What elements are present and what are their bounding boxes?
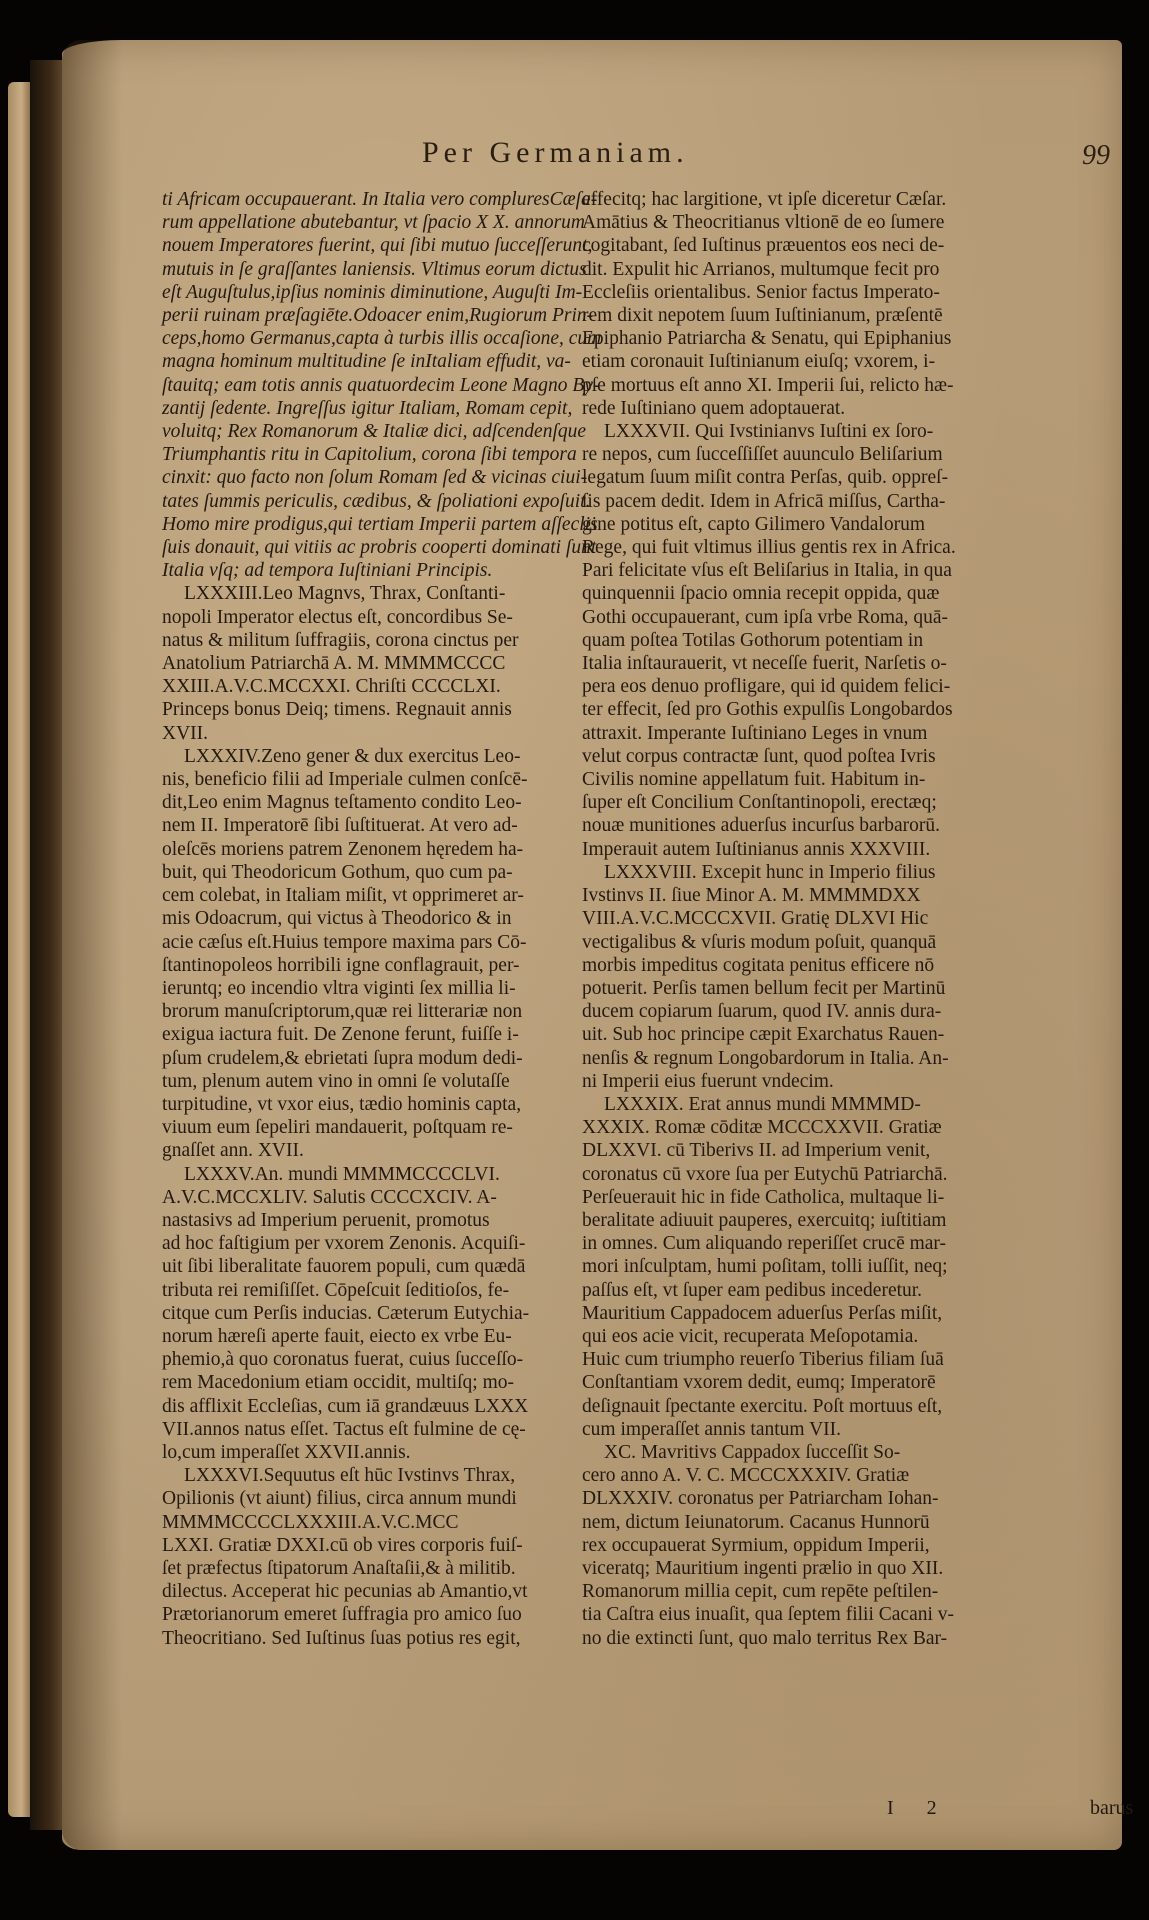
- text-line: DLXXVI. cū Tiberivs II. ad Imperium veni…: [582, 1139, 1087, 1162]
- text-line: pſe mortuus eſt anno XI. Imperii ſui, re…: [582, 374, 1087, 397]
- text-line: nouem Imperatores fuerint, qui ſibi mutu…: [162, 234, 592, 257]
- text-line: velut corpus contractæ ſunt, quod poſtea…: [582, 745, 1087, 768]
- text-line: brorum manuſcriptorum,quæ rei litterariæ…: [162, 1000, 592, 1023]
- book-page: Per Germaniam. 99 ti Africam occupaueran…: [62, 40, 1122, 1850]
- text-line: ſtauitq; eam totis annis quatuordecim Le…: [162, 374, 592, 397]
- text-line: cum imperaſſet annis tantum VII.: [582, 1418, 1087, 1441]
- running-head: Per Germaniam.: [422, 136, 689, 170]
- text-line: XXXIX. Romæ cōditæ MCCCXXVII. Gratiæ: [582, 1116, 1087, 1139]
- text-line: potuerit. Perſis tamen bellum fecit per …: [582, 977, 1087, 1000]
- text-line: dis afflixit Eccleſias, cum iā grandæuus…: [162, 1395, 592, 1418]
- text-line: quam poſtea Totilas Gothorum potentiam i…: [582, 629, 1087, 652]
- text-line: mori inſculptam, humi poſitam, tolli iuſ…: [582, 1255, 1087, 1278]
- text-line: XVII.: [162, 722, 592, 745]
- text-line: A.V.C.MCCXLIV. Salutis CCCCXCIV. A-: [162, 1186, 592, 1209]
- text-line: Perſeuerauit hic in fide Catholica, mult…: [582, 1186, 1087, 1209]
- text-line: ieruntq; eo incendio vltra viginti ſex m…: [162, 977, 592, 1000]
- text-line: attraxit. Imperante Iuſtiniano Leges in …: [582, 722, 1087, 745]
- text-line: buit, qui Theodoricum Gothum, quo cum pa…: [162, 861, 592, 884]
- catchword: barus: [1090, 1797, 1133, 1820]
- text-line: Opilionis (vt aiunt) filius, circa annum…: [162, 1487, 592, 1510]
- text-line: mutuis in ſe graſſantes laniensis. Vltim…: [162, 258, 592, 281]
- text-line: LXXXVIII. Excepit hunc in Imperio filius: [582, 861, 1087, 884]
- text-line: nastasivs ad Imperium peruenit, promotus: [162, 1209, 592, 1232]
- text-line: Anatolium Patriarchā A. M. MMMMCCCC: [162, 652, 592, 675]
- text-line: uit. Sub hoc principe cæpit Exarchatus R…: [582, 1023, 1087, 1046]
- text-line: rex occupauerat Syrmium, oppidum Imperii…: [582, 1534, 1087, 1557]
- text-line: VIII.A.V.C.MCCCXVII. Gratię DLXVI Hic: [582, 907, 1087, 930]
- text-line: viceratq; Mauritium ingenti prælio in qu…: [582, 1557, 1087, 1580]
- text-line: rem Macedonium etiam occidit, multiſq; m…: [162, 1371, 592, 1394]
- text-line: LXXXIII.Leo Magnvs, Thrax, Conſtanti-: [162, 582, 592, 605]
- text-line: magna hominum multitudine ſe inItaliam e…: [162, 350, 592, 373]
- text-line: LXXXIX. Erat annus mundi MMMMD-: [582, 1093, 1087, 1116]
- text-line: ceps,homo Germanus,capta à turbis illis …: [162, 327, 592, 350]
- text-line: norum hæreſi aperte fauit, eiecto ex vrb…: [162, 1325, 592, 1348]
- text-line: ducem copiarum ſuarum, quod IV. annis du…: [582, 1000, 1087, 1023]
- text-line: Imperauit autem Iuſtinianus annis XXXVII…: [582, 838, 1087, 861]
- page-number: 99: [1082, 140, 1110, 172]
- text-line: no die extincti ſunt, quo malo territus …: [582, 1627, 1087, 1650]
- text-line: LXXI. Gratiæ DXXI.cū ob vires corporis f…: [162, 1534, 592, 1557]
- text-line: qui eos acie vicit, recuperata Meſopotam…: [582, 1325, 1087, 1348]
- text-line: LXXXIV.Zeno gener & dux exercitus Leo-: [162, 745, 592, 768]
- text-line: dit. Expulit hic Arrianos, multumque fec…: [582, 258, 1087, 281]
- text-line: nenſis & regnum Longobardorum in Italia.…: [582, 1047, 1087, 1070]
- text-line: deſignauit ſpectante exercitu. Poſt mort…: [582, 1395, 1087, 1418]
- text-line: perii ruinam præſagiēte.Odoacer enim,Rug…: [162, 304, 592, 327]
- text-line: Homo mire prodigus,qui tertiam Imperii p…: [162, 513, 592, 536]
- text-line: citque cum Perſis inducias. Cæterum Euty…: [162, 1302, 592, 1325]
- text-line: zantij ſedente. Ingreſſus igitur Italiam…: [162, 397, 592, 420]
- text-line: ni Imperii eius fuerunt vndecim.: [582, 1070, 1087, 1093]
- left-column: ti Africam occupauerant. In Italia vero …: [162, 188, 592, 1650]
- text-line: Pari felicitate vſus eſt Beliſarius in I…: [582, 559, 1087, 582]
- text-line: Amātius & Theocritianus vltionē de eo ſu…: [582, 211, 1087, 234]
- text-line: rem dixit nepotem ſuum Iuſtinianum, præſ…: [582, 304, 1087, 327]
- text-line: eſt Auguſtulus,ipſius nominis diminution…: [162, 281, 592, 304]
- text-line: mis Odoacrum, qui victus à Theodorico & …: [162, 907, 592, 930]
- text-line: ſtantinopoleos horribili igne conflagrau…: [162, 954, 592, 977]
- text-line: legatum ſuum miſit contra Perſas, quib. …: [582, 466, 1087, 489]
- text-line: Huic cum triumpho reuerſo Tiberius filia…: [582, 1348, 1087, 1371]
- text-line: exigua iactura fuit. De Zenone ferunt, f…: [162, 1023, 592, 1046]
- text-line: re nepos, cum ſucceſſiſſet auunculo Beli…: [582, 443, 1087, 466]
- text-line: ter effecit, ſed pro Gothis expulſis Lon…: [582, 698, 1087, 721]
- text-line: nem, dictum Ieiunatorum. Cacanus Hunnorū: [582, 1511, 1087, 1534]
- text-line: acie cæſus eſt.Huius tempore maxima pars…: [162, 931, 592, 954]
- text-line: tum, plenum autem vino in omni ſe voluta…: [162, 1070, 592, 1093]
- text-line: tates ſummis periculis, cædibus, & ſpoli…: [162, 490, 592, 513]
- text-line: gnaſſet ann. XVII.: [162, 1139, 592, 1162]
- text-line: tributa rei remiſiſſet. Cōpeſcuit ſediti…: [162, 1279, 592, 1302]
- text-line: phemio,à quo coronatus fuerat, cuius ſuc…: [162, 1348, 592, 1371]
- text-line: in omnes. Cum aliquando reperiſſet crucē…: [582, 1232, 1087, 1255]
- text-line: LXXXVI.Sequutus eſt hūc Ivstinvs Thrax,: [162, 1464, 592, 1487]
- text-line: Princeps bonus Deiq; timens. Regnauit an…: [162, 698, 592, 721]
- text-line: Eccleſiis orientalibus. Senior factus Im…: [582, 281, 1087, 304]
- text-line: Italia inſtaurauerit, vt neceſſe fuerit,…: [582, 652, 1087, 675]
- text-line: paſſus eſt, vt ſuper eam pedibus inceder…: [582, 1279, 1087, 1302]
- text-line: cero anno A. V. C. MCCCXXXIV. Gratiæ: [582, 1464, 1087, 1487]
- text-line: dit,Leo enim Magnus teſtamento condito L…: [162, 791, 592, 814]
- text-line: nem II. Imperatorē ſibi ſuſtituerat. At …: [162, 814, 592, 837]
- facing-page-edge: [8, 82, 30, 1817]
- text-line: viuum eum ſepeliri mandauerit, poſtquam …: [162, 1116, 592, 1139]
- text-line: Ivstinvs II. ſiue Minor A. M. MMMMDXX: [582, 884, 1087, 907]
- text-line: cem colebat, in Italiam miſit, vt opprim…: [162, 884, 592, 907]
- text-line: Italia vſq; ad tempora Iuſtiniani Princi…: [162, 559, 592, 582]
- right-column: effecitq; hac largitione, vt ipſe dicere…: [582, 188, 1087, 1650]
- text-line: voluitq; Rex Romanorum & Italiæ dici, ad…: [162, 420, 592, 443]
- text-line: dilectus. Acceperat hic pecunias ab Aman…: [162, 1580, 592, 1603]
- text-line: coronatus cū vxore ſua per Eutychū Patri…: [582, 1163, 1087, 1186]
- text-line: VII.annos natus eſſet. Tactus eſt fulmin…: [162, 1418, 592, 1441]
- text-line: pſum crudelem,& ebrietati ſupra modum de…: [162, 1047, 592, 1070]
- text-line: Triumphantis ritu in Capitolium, corona …: [162, 443, 592, 466]
- text-line: XXIII.A.V.C.MCCXXI. Chriſti CCCCLXI.: [162, 675, 592, 698]
- text-line: etiam coronauit Iuſtinianum eiuſq; vxore…: [582, 350, 1087, 373]
- text-line: rede Iuſtiniano quem adoptauerat.: [582, 397, 1087, 420]
- text-line: nopoli Imperator electus eſt, concordibu…: [162, 606, 592, 629]
- text-line: cogitabant, ſed Iuſtinus præuentos eos n…: [582, 234, 1087, 257]
- text-line: XC. Mavritivs Cappadox ſucceſſit So-: [582, 1441, 1087, 1464]
- text-line: Civilis nomine appellatum fuit. Habitum …: [582, 768, 1087, 791]
- text-line: vectigalibus & vſuris modum poſuit, quan…: [582, 931, 1087, 954]
- text-line: Theocritiano. Sed Iuſtinus ſuas potius r…: [162, 1627, 592, 1650]
- text-line: rum appellatione abutebantur, vt ſpacio …: [162, 211, 592, 234]
- text-line: tia Caſtra eius inuaſit, qua ſeptem fili…: [582, 1603, 1087, 1626]
- text-line: Gothi occupauerant, cum ipſa vrbe Roma, …: [582, 606, 1087, 629]
- text-line: MMMMCCCCLXXXIII.A.V.C.MCC: [162, 1511, 592, 1534]
- text-line: oleſcēs moriens patrem Zenonem hęredem h…: [162, 838, 592, 861]
- text-line: turpitudine, vt vxor eius, tædio hominis…: [162, 1093, 592, 1116]
- text-line: Prætorianorum emeret ſuffragia pro amico…: [162, 1603, 592, 1626]
- text-line: natus & militum ſuffragiis, corona cinct…: [162, 629, 592, 652]
- text-line: Romanorum millia cepit, cum repēte peſti…: [582, 1580, 1087, 1603]
- text-line: uit ſibi liberalitate fauorem populi, cu…: [162, 1255, 592, 1278]
- text-line: Rege, qui fuit vltimus illius gentis rex…: [582, 536, 1087, 559]
- text-line: effecitq; hac largitione, vt ipſe dicere…: [582, 188, 1087, 211]
- text-line: LXXXVII. Qui Ivstinianvs Iuſtini ex ſoro…: [582, 420, 1087, 443]
- text-line: Mauritium Cappadocem aduerſus Perſas miſ…: [582, 1302, 1087, 1325]
- text-line: ti Africam occupauerant. In Italia vero …: [162, 188, 592, 211]
- text-line: ſet præfectus ſtipatorum Anaſtaſii,& à m…: [162, 1557, 592, 1580]
- text-line: nouæ munitiones aduerſus incurſus barbar…: [582, 814, 1087, 837]
- text-line: ad hoc faſtigium per vxorem Zenonis. Acq…: [162, 1232, 592, 1255]
- text-line: quinquennii ſpacio omnia recepit oppida,…: [582, 582, 1087, 605]
- left-italic-passage: ti Africam occupauerant. In Italia vero …: [162, 188, 592, 582]
- left-roman-passage: LXXXIII.Leo Magnvs, Thrax, Conſtanti-nop…: [162, 582, 592, 1649]
- text-line: pera eos denuo profligare, qui id quidem…: [582, 675, 1087, 698]
- text-line: cinxit: quo facto non ſolum Romam ſed & …: [162, 466, 592, 489]
- text-line: ſis pacem dedit. Idem in Africā miſſus, …: [582, 490, 1087, 513]
- signature-mark: I 2: [887, 1797, 951, 1820]
- text-line: LXXXV.An. mundi MMMMCCCCLVI.: [162, 1163, 592, 1186]
- text-line: beralitate adiuuit pauperes, exercuitq; …: [582, 1209, 1087, 1232]
- text-line: DLXXXIV. coronatus per Patriarcham Iohan…: [582, 1487, 1087, 1510]
- right-passage: effecitq; hac largitione, vt ipſe dicere…: [582, 188, 1087, 1650]
- text-line: gine potitus eſt, capto Gilimero Vandalo…: [582, 513, 1087, 536]
- text-line: Epiphanio Patriarcha & Senatu, qui Epiph…: [582, 327, 1087, 350]
- text-line: ſuis donauit, qui vitiis ac probris coop…: [162, 536, 592, 559]
- text-line: lo,cum imperaſſet XXVII.annis.: [162, 1441, 592, 1464]
- text-line: Conſtantiam vxorem dedit, eumq; Imperato…: [582, 1371, 1087, 1394]
- text-line: ſuper eſt Concilium Conſtantinopoli, ere…: [582, 791, 1087, 814]
- text-line: morbis impeditus cogitata penitus effice…: [582, 954, 1087, 977]
- text-line: nis, beneficio filii ad Imperiale culmen…: [162, 768, 592, 791]
